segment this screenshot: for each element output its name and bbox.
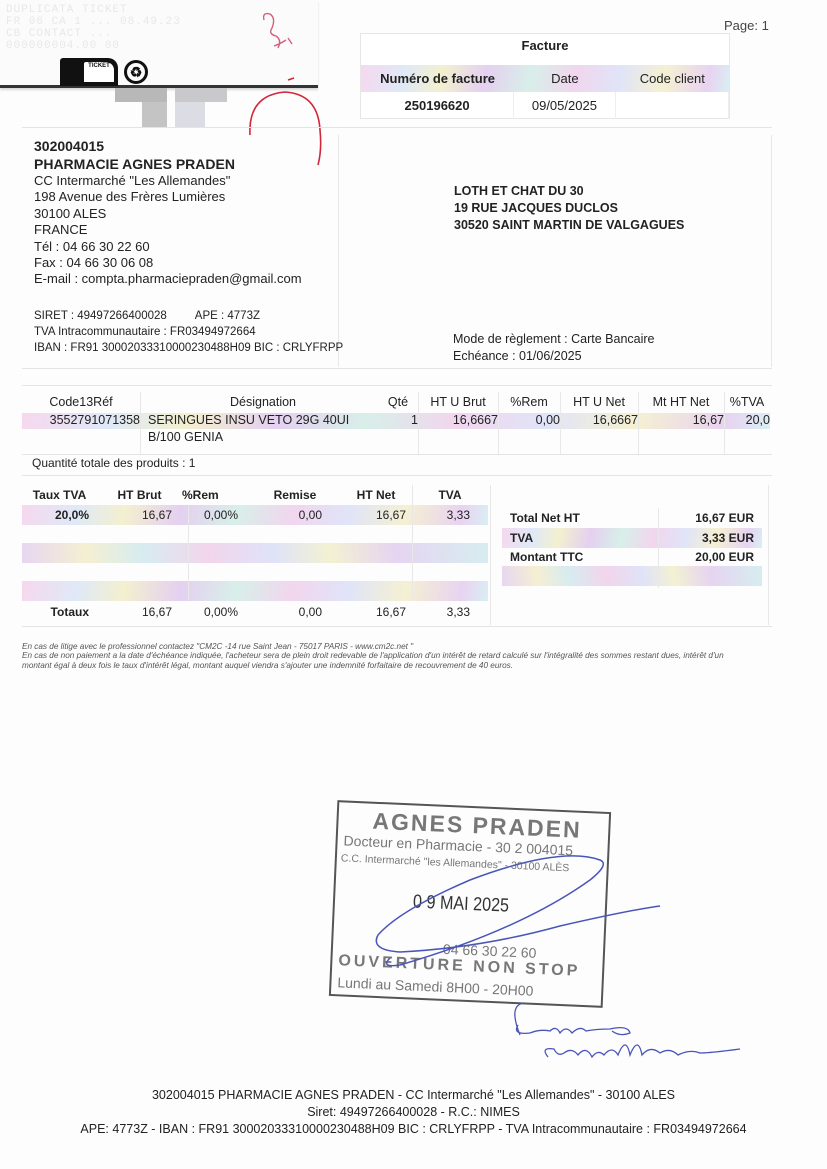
col-header-mt-ht-net: Mt HT Net — [638, 395, 724, 415]
product-designation-line2: B/100 GENIA — [140, 430, 378, 444]
invoice-number-header: Numéro de facture — [361, 65, 514, 92]
product-ht-u-net: 16,6667 — [560, 413, 638, 429]
recycle-icon: ♻ — [124, 60, 148, 84]
divider — [768, 485, 769, 625]
invoice-date: 09/05/2025 — [514, 92, 615, 119]
total-tva-row: TVA 3,33 EUR — [502, 528, 762, 548]
client-city: 30520 SAINT MARTIN DE VALGAGUES — [454, 217, 684, 234]
sender-ape: APE : 4773Z — [195, 310, 260, 322]
total-tva-value: 3,33 EUR — [660, 531, 762, 545]
divider — [140, 392, 141, 454]
divider — [498, 392, 499, 454]
col-header-tva: TVA — [412, 488, 488, 502]
total-ttc-value: 20,00 EUR — [660, 550, 762, 564]
invoice-title: Facture — [361, 38, 729, 53]
divider — [418, 392, 419, 454]
table-row-continuation: B/100 GENIA — [22, 430, 378, 444]
col-header-remise: Remise — [250, 488, 340, 502]
scan-gray-block — [175, 102, 205, 128]
vat-remise: 0,00 — [250, 508, 340, 522]
invoice-number: 250196620 — [361, 92, 514, 119]
vat-ht-net: 16,67 — [340, 508, 412, 522]
client-code-header: Code client — [616, 65, 729, 92]
col-header-ht-net: HT Net — [340, 488, 412, 502]
legal-notice-line: En cas de non paiement a la date d'échéa… — [22, 651, 812, 660]
table-row: 20,0% 16,67 0,00% 0,00 16,67 3,33 — [22, 505, 488, 525]
product-code: 3552791071358 — [22, 413, 140, 429]
sender-tel: Tél : 04 66 30 22 60 — [34, 239, 302, 255]
vat-amount: 3,33 — [412, 508, 488, 522]
total-net-ht-label: Total Net HT — [502, 511, 660, 525]
divider — [22, 475, 772, 476]
divider — [22, 127, 772, 128]
product-qty: 1 — [378, 413, 418, 429]
col-header-ht-u-net: HT U Net — [560, 395, 638, 415]
payment-info: Mode de règlement : Carte Bancaire Echéa… — [453, 331, 655, 364]
divider — [412, 485, 413, 600]
sender-legal-block: SIRET : 49497266400028APE : 4773Z TVA In… — [34, 308, 343, 356]
product-rem: 0,00 — [498, 413, 560, 429]
footer-line: 302004015 PHARMACIE AGNES PRADEN - CC In… — [0, 1087, 827, 1104]
product-mt-ht-net: 16,67 — [638, 413, 724, 429]
legal-notice-line: montant égal à deux fois le taux d'intér… — [22, 661, 812, 670]
col-header-ht-brut: HT Brut — [97, 488, 182, 502]
totals-remise: 0,00 — [250, 605, 340, 619]
divider — [771, 135, 772, 367]
col-header-rem: %Rem — [498, 395, 560, 415]
divider — [724, 392, 725, 454]
sender-address-line: 30100 ALES — [34, 206, 302, 222]
sender-email: E-mail : compta.pharmaciepraden@gmail.co… — [34, 271, 302, 287]
invoice-values-row: 250196620 09/05/2025 — [361, 92, 729, 119]
receipt-faded-line: 000000004.00 00 — [6, 40, 120, 52]
total-ttc-row: Montant TTC 20,00 EUR — [502, 547, 762, 567]
sender-address-line: CC Intermarché "Les Allemandes" — [34, 173, 302, 189]
footer-line: APE: 4773Z - IBAN : FR91 300020333100002… — [0, 1121, 827, 1138]
col-header-designation: Désignation — [140, 395, 378, 415]
scan-gray-block — [175, 88, 227, 102]
totals-ht-net: 16,67 — [340, 605, 412, 619]
divider — [490, 485, 491, 625]
divider — [22, 368, 772, 369]
handwritten-note-icon — [500, 995, 760, 1075]
sender-siret: SIRET : 49497266400028 — [34, 310, 167, 322]
sender-address-line: 198 Avenue des Frères Lumières — [34, 189, 302, 205]
sender-fax: Fax : 04 66 30 06 08 — [34, 255, 302, 271]
vat-table-header: Taux TVA HT Brut %Rem Remise HT Net TVA — [22, 485, 488, 505]
col-header-code: Code13Réf — [22, 395, 140, 415]
col-header-taux-tva: Taux TVA — [22, 488, 97, 502]
invoice-header-row: Numéro de facture Date Code client — [361, 65, 729, 92]
totals-label: Totaux — [22, 605, 97, 619]
sender-tva: TVA Intracommunautaire : FR03494972664 — [34, 324, 343, 340]
col-header-qty: Qté — [378, 395, 418, 415]
empty-table-row — [22, 543, 488, 563]
sender-block: 302004015 PHARMACIE AGNES PRADEN CC Inte… — [34, 137, 302, 288]
client-address: LOTH ET CHAT DU 30 19 RUE JACQUES DUCLOS… — [454, 183, 684, 234]
client-name: LOTH ET CHAT DU 30 — [454, 183, 684, 200]
vat-totals-row: Totaux 16,67 0,00% 0,00 16,67 3,33 — [22, 602, 488, 622]
payment-due-date: Echéance : 01/06/2025 — [453, 348, 655, 365]
receipt-faded-line: DUPLICATA TICKET — [6, 4, 128, 16]
sender-address-line: FRANCE — [34, 222, 302, 238]
divider — [188, 505, 189, 600]
vat-rem: 0,00% — [182, 508, 250, 522]
empty-table-row — [22, 581, 488, 601]
legal-notice: En cas de litige avec le professionnel c… — [22, 642, 812, 670]
client-code — [616, 92, 729, 119]
client-street: 19 RUE JACQUES DUCLOS — [454, 200, 684, 217]
payment-mode: Mode de règlement : Carte Bancaire — [453, 331, 655, 348]
total-net-ht-value: 16,67 EUR — [660, 511, 762, 525]
product-designation: SERINGUES INSU VETO 29G 40UI — [140, 413, 378, 429]
table-row: 3552791071358 SERINGUES INSU VETO 29G 40… — [22, 413, 770, 429]
col-header-rem: %Rem — [182, 488, 250, 502]
total-net-ht-row: Total Net HT 16,67 EUR — [502, 508, 762, 528]
invoice-header-box: Facture Numéro de facture Date Code clie… — [360, 33, 730, 119]
product-table-header: Code13Réf Désignation Qté HT U Brut %Rem… — [22, 395, 770, 415]
vat-ht-brut: 16,67 — [97, 508, 182, 522]
scan-gray-block — [115, 88, 167, 102]
product-table: Code13Réf Désignation Qté HT U Brut %Rem… — [22, 392, 770, 454]
divider — [658, 508, 659, 588]
page-number: Page: 1 — [724, 18, 769, 33]
totals-tva: 3,33 — [412, 605, 488, 619]
divider — [22, 385, 772, 386]
sender-name: PHARMACIE AGNES PRADEN — [34, 155, 302, 173]
totals-rem: 0,00% — [182, 605, 250, 619]
totals-summary: Total Net HT 16,67 EUR TVA 3,33 EUR Mont… — [502, 508, 762, 588]
signature-scribble-icon — [360, 840, 680, 980]
invoice-date-header: Date — [514, 65, 615, 92]
footer-line: Siret: 49497266400028 - R.C.: NIMES — [0, 1104, 827, 1121]
empty-total-row — [502, 566, 762, 586]
total-quantity: Quantité totale des produits : 1 — [32, 456, 195, 470]
total-ttc-label: Montant TTC — [502, 550, 660, 564]
totals-ht-brut: 16,67 — [97, 605, 182, 619]
divider — [560, 392, 561, 454]
col-header-ht-u-brut: HT U Brut — [418, 395, 498, 415]
divider — [22, 454, 772, 455]
receipt-ticket-icon: TICKET — [60, 58, 118, 86]
sender-code: 302004015 — [34, 137, 302, 155]
divider — [638, 392, 639, 454]
product-tva: 20,0 — [724, 413, 770, 429]
scan-gray-block — [142, 102, 167, 128]
total-tva-label: TVA — [502, 531, 660, 545]
page-footer: 302004015 PHARMACIE AGNES PRADEN - CC In… — [0, 1087, 827, 1138]
product-ht-u-brut: 16,6667 — [418, 413, 498, 429]
legal-notice-line: En cas de litige avec le professionnel c… — [22, 642, 812, 651]
col-header-tva: %TVA — [724, 395, 770, 415]
vat-breakdown-table: Taux TVA HT Brut %Rem Remise HT Net TVA … — [22, 485, 490, 630]
vat-rate: 20,0% — [22, 508, 97, 522]
receipt-faded-line: FR 06 CA 1 ... 08.49.23 — [6, 16, 181, 28]
ticket-badge-label: TICKET — [84, 62, 114, 82]
receipt-faded-line: CB CONTACT ... — [6, 28, 112, 40]
divider — [22, 626, 772, 627]
sender-iban: IBAN : FR91 30002033310000230488H09 BIC … — [34, 340, 343, 356]
